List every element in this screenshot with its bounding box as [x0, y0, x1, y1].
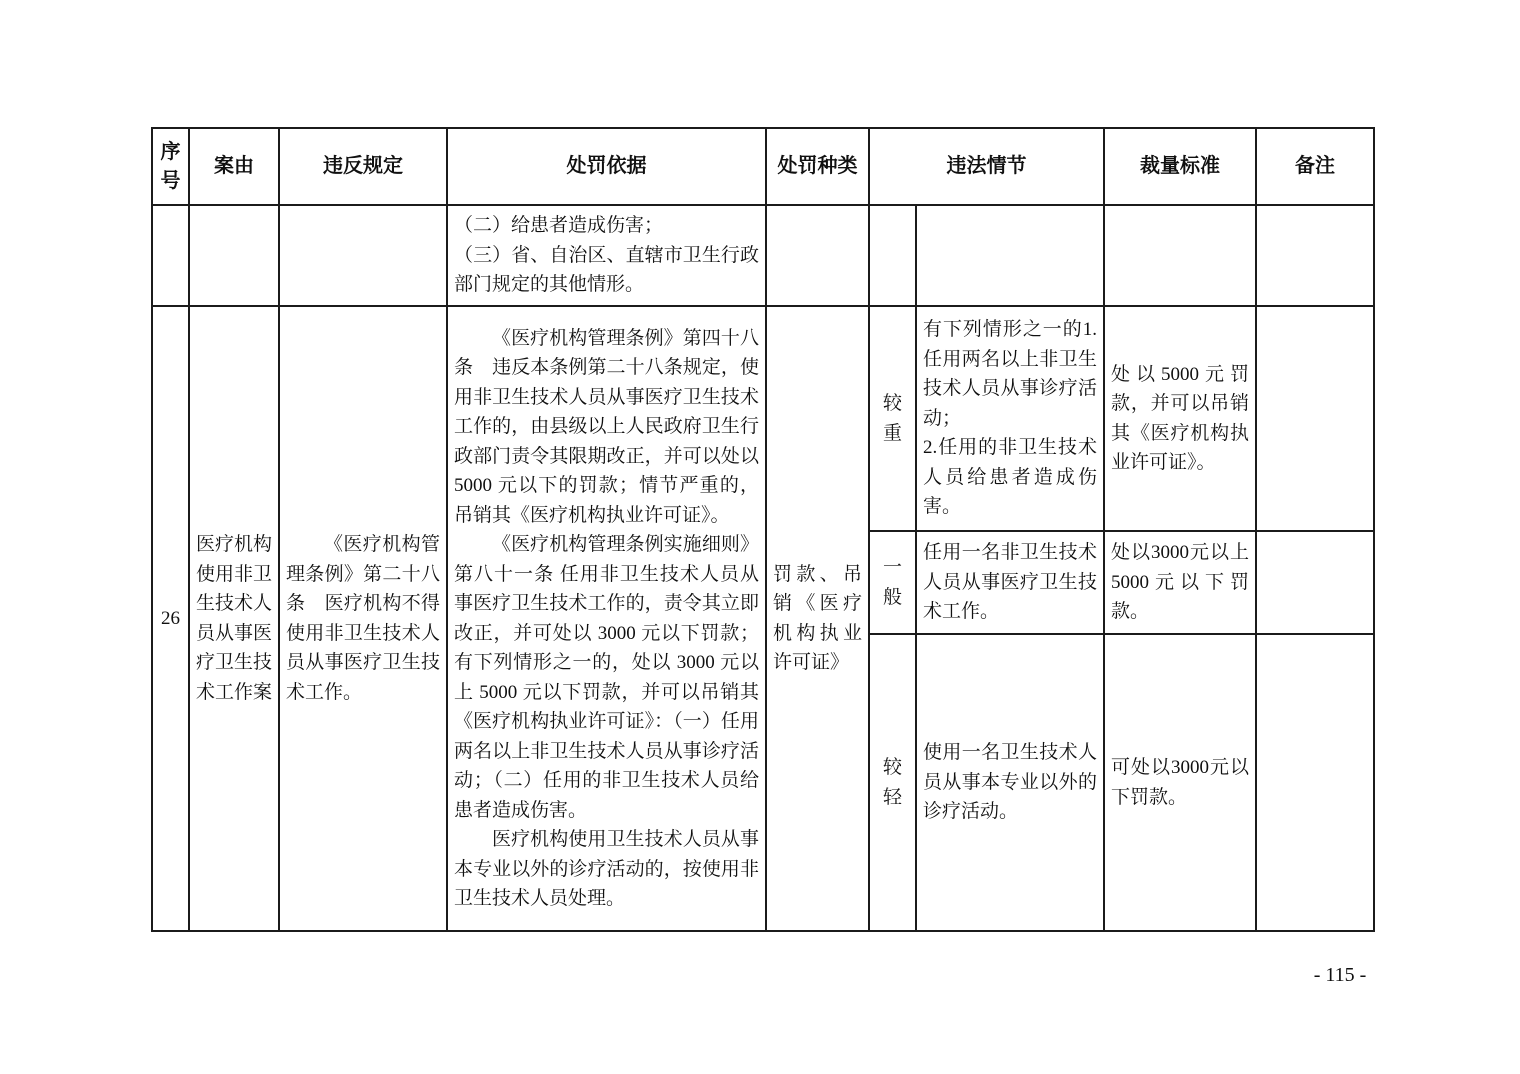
cell-row26-seq: 26 — [152, 306, 189, 931]
cell-cont-severity — [869, 205, 916, 306]
cell-severity-severe: 较重 — [869, 306, 916, 531]
cell-circumstance-minor: 使用一名卫生技术人员从事本专业以外的诊疗活动。 — [916, 634, 1104, 931]
cell-cont-seq — [152, 205, 189, 306]
cell-standard-general: 处以3000元以上5000元以下罚款。 — [1104, 531, 1256, 634]
penalty-table: 序号 案由 违反规定 处罚依据 处罚种类 违法情节 裁量标准 备注 （二）给患者… — [151, 127, 1375, 932]
cell-cont-cause — [189, 205, 279, 306]
cell-remark-severe — [1256, 306, 1374, 531]
continuation-row: （二）给患者造成伤害； （三）省、自治区、直辖市卫生行政部门规定的其他情形。 — [152, 205, 1374, 306]
cell-row26-cause: 医疗机构使用非卫生技术人员从事医疗卫生技术工作案 — [189, 306, 279, 931]
cell-cont-violation — [279, 205, 447, 306]
cell-row26-violation: 《医疗机构管理条例》第二十八条 医疗机构不得使用非卫生技术人员从事医疗卫生技术工… — [279, 306, 447, 931]
document-page: 序号 案由 违反规定 处罚依据 处罚种类 违法情节 裁量标准 备注 （二）给患者… — [0, 0, 1520, 1074]
cell-cont-penalty-type — [766, 205, 869, 306]
cell-row26-penalty-type: 罚款、吊销《医疗机构执业许可证》 — [766, 306, 869, 931]
basis-cont-item-1: （二）给患者造成伤害； — [454, 211, 759, 241]
col-header-basis: 处罚依据 — [447, 128, 766, 205]
cell-remark-general — [1256, 531, 1374, 634]
row26-tier-severe: 26 医疗机构使用非卫生技术人员从事医疗卫生技术工作案 《医疗机构管理条例》第二… — [152, 306, 1374, 531]
col-header-circumstances: 违法情节 — [869, 128, 1104, 205]
cell-cont-basis: （二）给患者造成伤害； （三）省、自治区、直辖市卫生行政部门规定的其他情形。 — [447, 205, 766, 306]
violation-paragraph: 《医疗机构管理条例》第二十八条 医疗机构不得使用非卫生技术人员从事医疗卫生技术工… — [286, 530, 440, 707]
basis-paragraph-2: 《医疗机构管理条例实施细则》第八十一条 任用非卫生技术人员从事医疗卫生技术工作的… — [454, 530, 759, 825]
basis-paragraph-3: 医疗机构使用卫生技术人员从事本专业以外的诊疗活动的，按使用非卫生技术人员处理。 — [454, 825, 759, 914]
cell-cont-remark — [1256, 205, 1374, 306]
cell-cont-circumstance — [916, 205, 1104, 306]
circumstance-severe-item-2: 2.任用的非卫生技术人员给患者造成伤害。 — [923, 433, 1097, 522]
col-header-cause: 案由 — [189, 128, 279, 205]
cell-row26-basis: 《医疗机构管理条例》第四十八条 违反本条例第二十八条规定，使用非卫生技术人员从事… — [447, 306, 766, 931]
col-header-penalty-type: 处罚种类 — [766, 128, 869, 205]
table-header-row: 序号 案由 违反规定 处罚依据 处罚种类 违法情节 裁量标准 备注 — [152, 128, 1374, 205]
cell-circumstance-general: 任用一名非卫生技术人员从事医疗卫生技术工作。 — [916, 531, 1104, 634]
circumstance-severe-item-1: 有下列情形之一的1.任用两名以上非卫生技术人员从事诊疗活动； — [923, 315, 1097, 433]
col-header-violation: 违反规定 — [279, 128, 447, 205]
basis-paragraph-1: 《医疗机构管理条例》第四十八条 违反本条例第二十八条规定，使用非卫生技术人员从事… — [454, 324, 759, 531]
page-number: - 115 - — [1285, 962, 1395, 988]
cell-severity-general: 一般 — [869, 531, 916, 634]
cell-circumstance-severe: 有下列情形之一的1.任用两名以上非卫生技术人员从事诊疗活动； 2.任用的非卫生技… — [916, 306, 1104, 531]
col-header-seq: 序号 — [152, 128, 189, 205]
col-header-remark: 备注 — [1256, 128, 1374, 205]
cell-standard-minor: 可处以3000元以下罚款。 — [1104, 634, 1256, 931]
basis-cont-item-2: （三）省、自治区、直辖市卫生行政部门规定的其他情形。 — [454, 241, 759, 300]
cell-remark-minor — [1256, 634, 1374, 931]
cell-severity-minor: 较轻 — [869, 634, 916, 931]
cell-standard-severe: 处以5000元罚款，并可以吊销其《医疗机构执业许可证》。 — [1104, 306, 1256, 531]
col-header-standard: 裁量标准 — [1104, 128, 1256, 205]
cell-cont-standard — [1104, 205, 1256, 306]
